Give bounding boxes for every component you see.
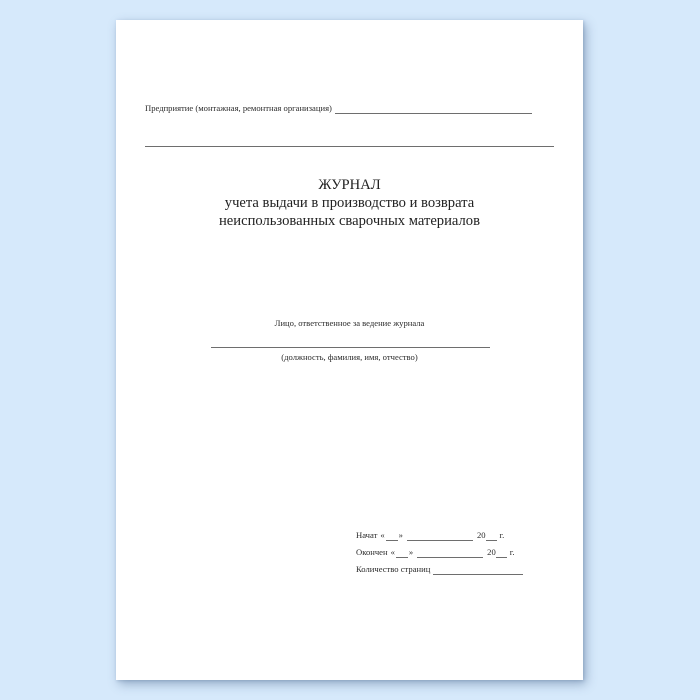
year-prefix: 20 bbox=[487, 547, 496, 558]
enterprise-field: Предприятие (монтажная, ремонтная органи… bbox=[145, 103, 532, 114]
responsible-person-caption: (должность, фамилия, имя, отчество) bbox=[116, 352, 583, 363]
year-prefix: 20 bbox=[477, 530, 486, 541]
enterprise-blank-line bbox=[335, 105, 532, 114]
enterprise-label: Предприятие (монтажная, ремонтная органи… bbox=[145, 103, 332, 114]
enterprise-continuation-line bbox=[145, 146, 554, 147]
finished-date-row: Окончен « » 20 г. bbox=[356, 541, 523, 558]
quote-close: » bbox=[409, 547, 413, 558]
title-heading: ЖУРНАЛ bbox=[116, 176, 583, 194]
year-suffix: г. bbox=[510, 547, 515, 558]
started-day-blank bbox=[386, 532, 398, 541]
finished-day-blank bbox=[396, 549, 408, 558]
page-count-blank bbox=[433, 566, 523, 575]
finished-label: Окончен bbox=[356, 547, 388, 558]
finished-month-blank bbox=[417, 549, 483, 558]
journal-title: ЖУРНАЛ учета выдачи в производство и воз… bbox=[116, 176, 583, 230]
title-line-1: учета выдачи в производство и возврата bbox=[116, 194, 583, 212]
quote-open: « bbox=[380, 530, 384, 541]
responsible-person-line bbox=[211, 347, 490, 348]
responsible-person-label: Лицо, ответственное за ведение журнала bbox=[116, 318, 583, 329]
quote-open: « bbox=[391, 547, 395, 558]
started-label: Начат bbox=[356, 530, 377, 541]
started-month-blank bbox=[407, 532, 473, 541]
finished-year-blank bbox=[496, 549, 507, 558]
journal-cover-page: Предприятие (монтажная, ремонтная органи… bbox=[116, 20, 583, 680]
quote-close: » bbox=[399, 530, 403, 541]
page-count-row: Количество страниц bbox=[356, 558, 523, 575]
started-date-row: Начат « » 20 г. bbox=[356, 524, 523, 541]
journal-dates-block: Начат « » 20 г. Окончен « » 20 г. Количе… bbox=[356, 524, 523, 575]
year-suffix: г. bbox=[500, 530, 505, 541]
started-year-blank bbox=[486, 532, 497, 541]
page-count-label: Количество страниц bbox=[356, 564, 430, 575]
title-line-2: неиспользованных сварочных материалов bbox=[116, 212, 583, 230]
